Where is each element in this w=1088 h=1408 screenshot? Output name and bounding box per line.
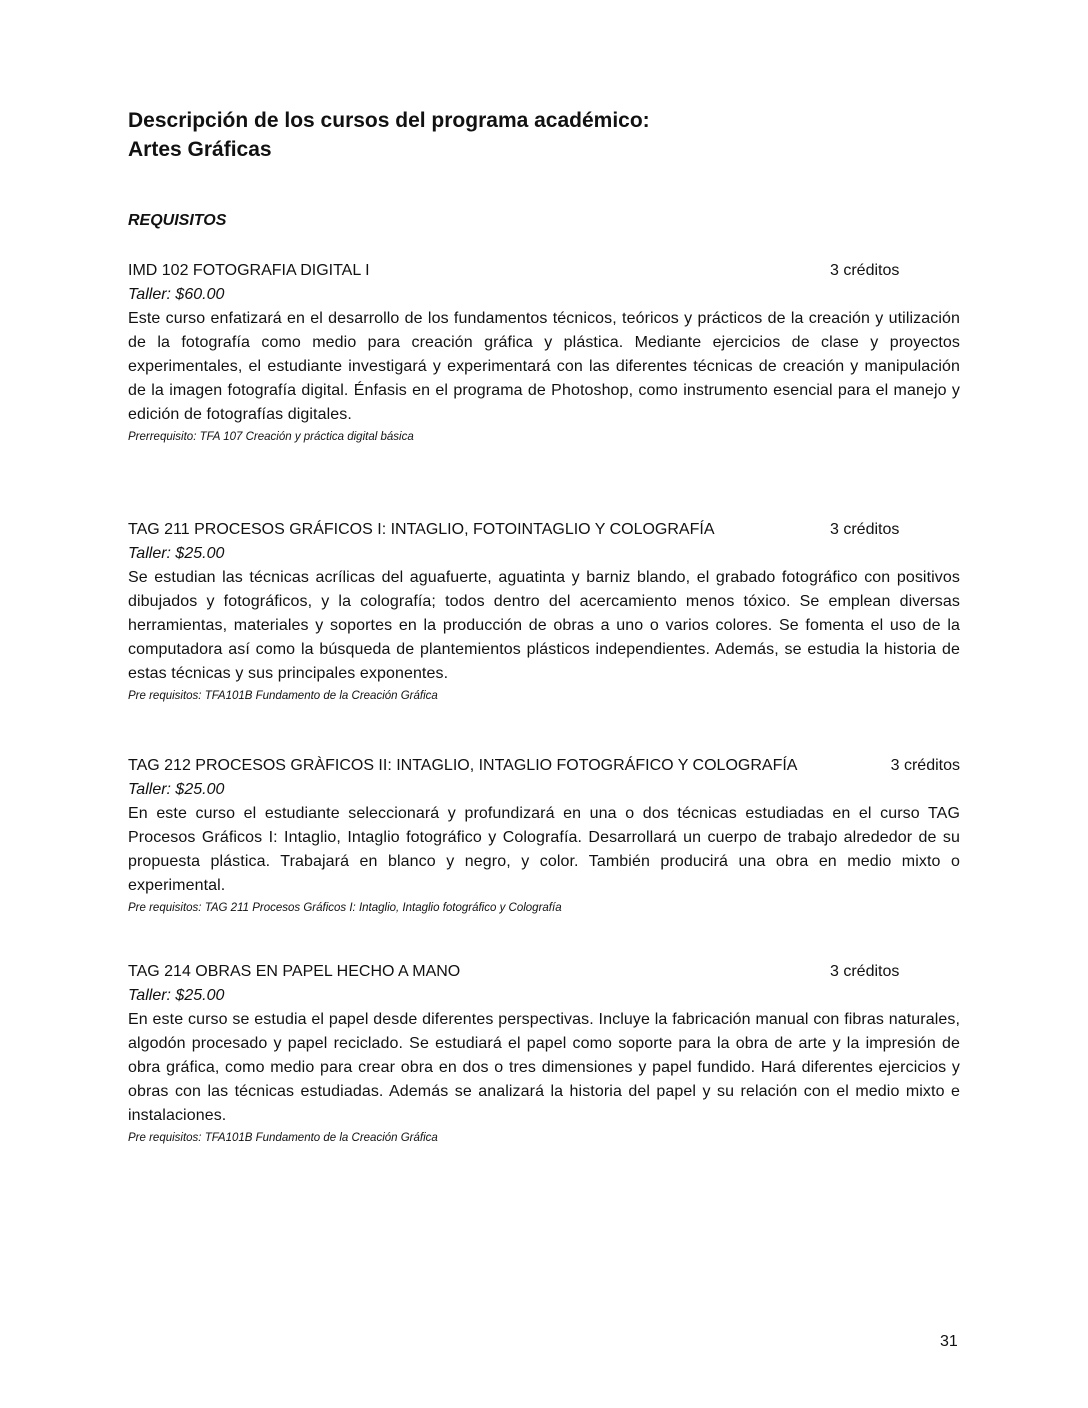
- course-prereq: Pre requisitos: TFA101B Fundamento de la…: [128, 686, 960, 706]
- course-prereq: Pre requisitos: TAG 211 Procesos Gráfico…: [128, 898, 960, 918]
- course-tag214: TAG 214 OBRAS EN PAPEL HECHO A MANO3 cré…: [128, 960, 960, 1148]
- course-credits: 3 créditos: [830, 259, 960, 283]
- course-title: TAG 212 PROCESOS GRÀFICOS II: INTAGLIO, …: [128, 754, 797, 778]
- course-tag211: TAG 211 PROCESOS GRÁFICOS I: INTAGLIO, F…: [128, 518, 960, 706]
- course-title: TAG 211 PROCESOS GRÁFICOS I: INTAGLIO, F…: [128, 518, 715, 542]
- course-fee: Taller: $25.00: [128, 778, 960, 802]
- page-title: Descripción de los cursos del programa a…: [128, 106, 650, 164]
- title-line-2: Artes Gráficas: [128, 135, 650, 164]
- course-description: En este curso se estudia el papel desde …: [128, 1008, 960, 1128]
- title-line-1: Descripción de los cursos del programa a…: [128, 106, 650, 135]
- course-credits: 3 créditos: [830, 960, 960, 984]
- course-credits: 3 créditos: [830, 518, 960, 542]
- course-tag212: TAG 212 PROCESOS GRÀFICOS II: INTAGLIO, …: [128, 754, 960, 918]
- course-description: En este curso el estudiante seleccionará…: [128, 802, 960, 898]
- section-label: REQUISITOS: [128, 212, 226, 230]
- course-title: IMD 102 FOTOGRAFIA DIGITAL I: [128, 259, 370, 283]
- course-credits: 3 créditos: [891, 754, 960, 778]
- course-fee: Taller: $60.00: [128, 283, 960, 307]
- course-prereq: Prerrequisito: TFA 107 Creación y prácti…: [128, 427, 960, 447]
- course-imd102: IMD 102 FOTOGRAFIA DIGITAL I3 créditos T…: [128, 259, 960, 447]
- course-fee: Taller: $25.00: [128, 984, 960, 1008]
- course-prereq: Pre requisitos: TFA101B Fundamento de la…: [128, 1128, 960, 1148]
- course-fee: Taller: $25.00: [128, 542, 960, 566]
- course-description: Este curso enfatizará en el desarrollo d…: [128, 307, 960, 427]
- course-description: Se estudian las técnicas acrílicas del a…: [128, 566, 960, 686]
- course-title: TAG 214 OBRAS EN PAPEL HECHO A MANO: [128, 960, 460, 984]
- page-number: 31: [940, 1333, 958, 1351]
